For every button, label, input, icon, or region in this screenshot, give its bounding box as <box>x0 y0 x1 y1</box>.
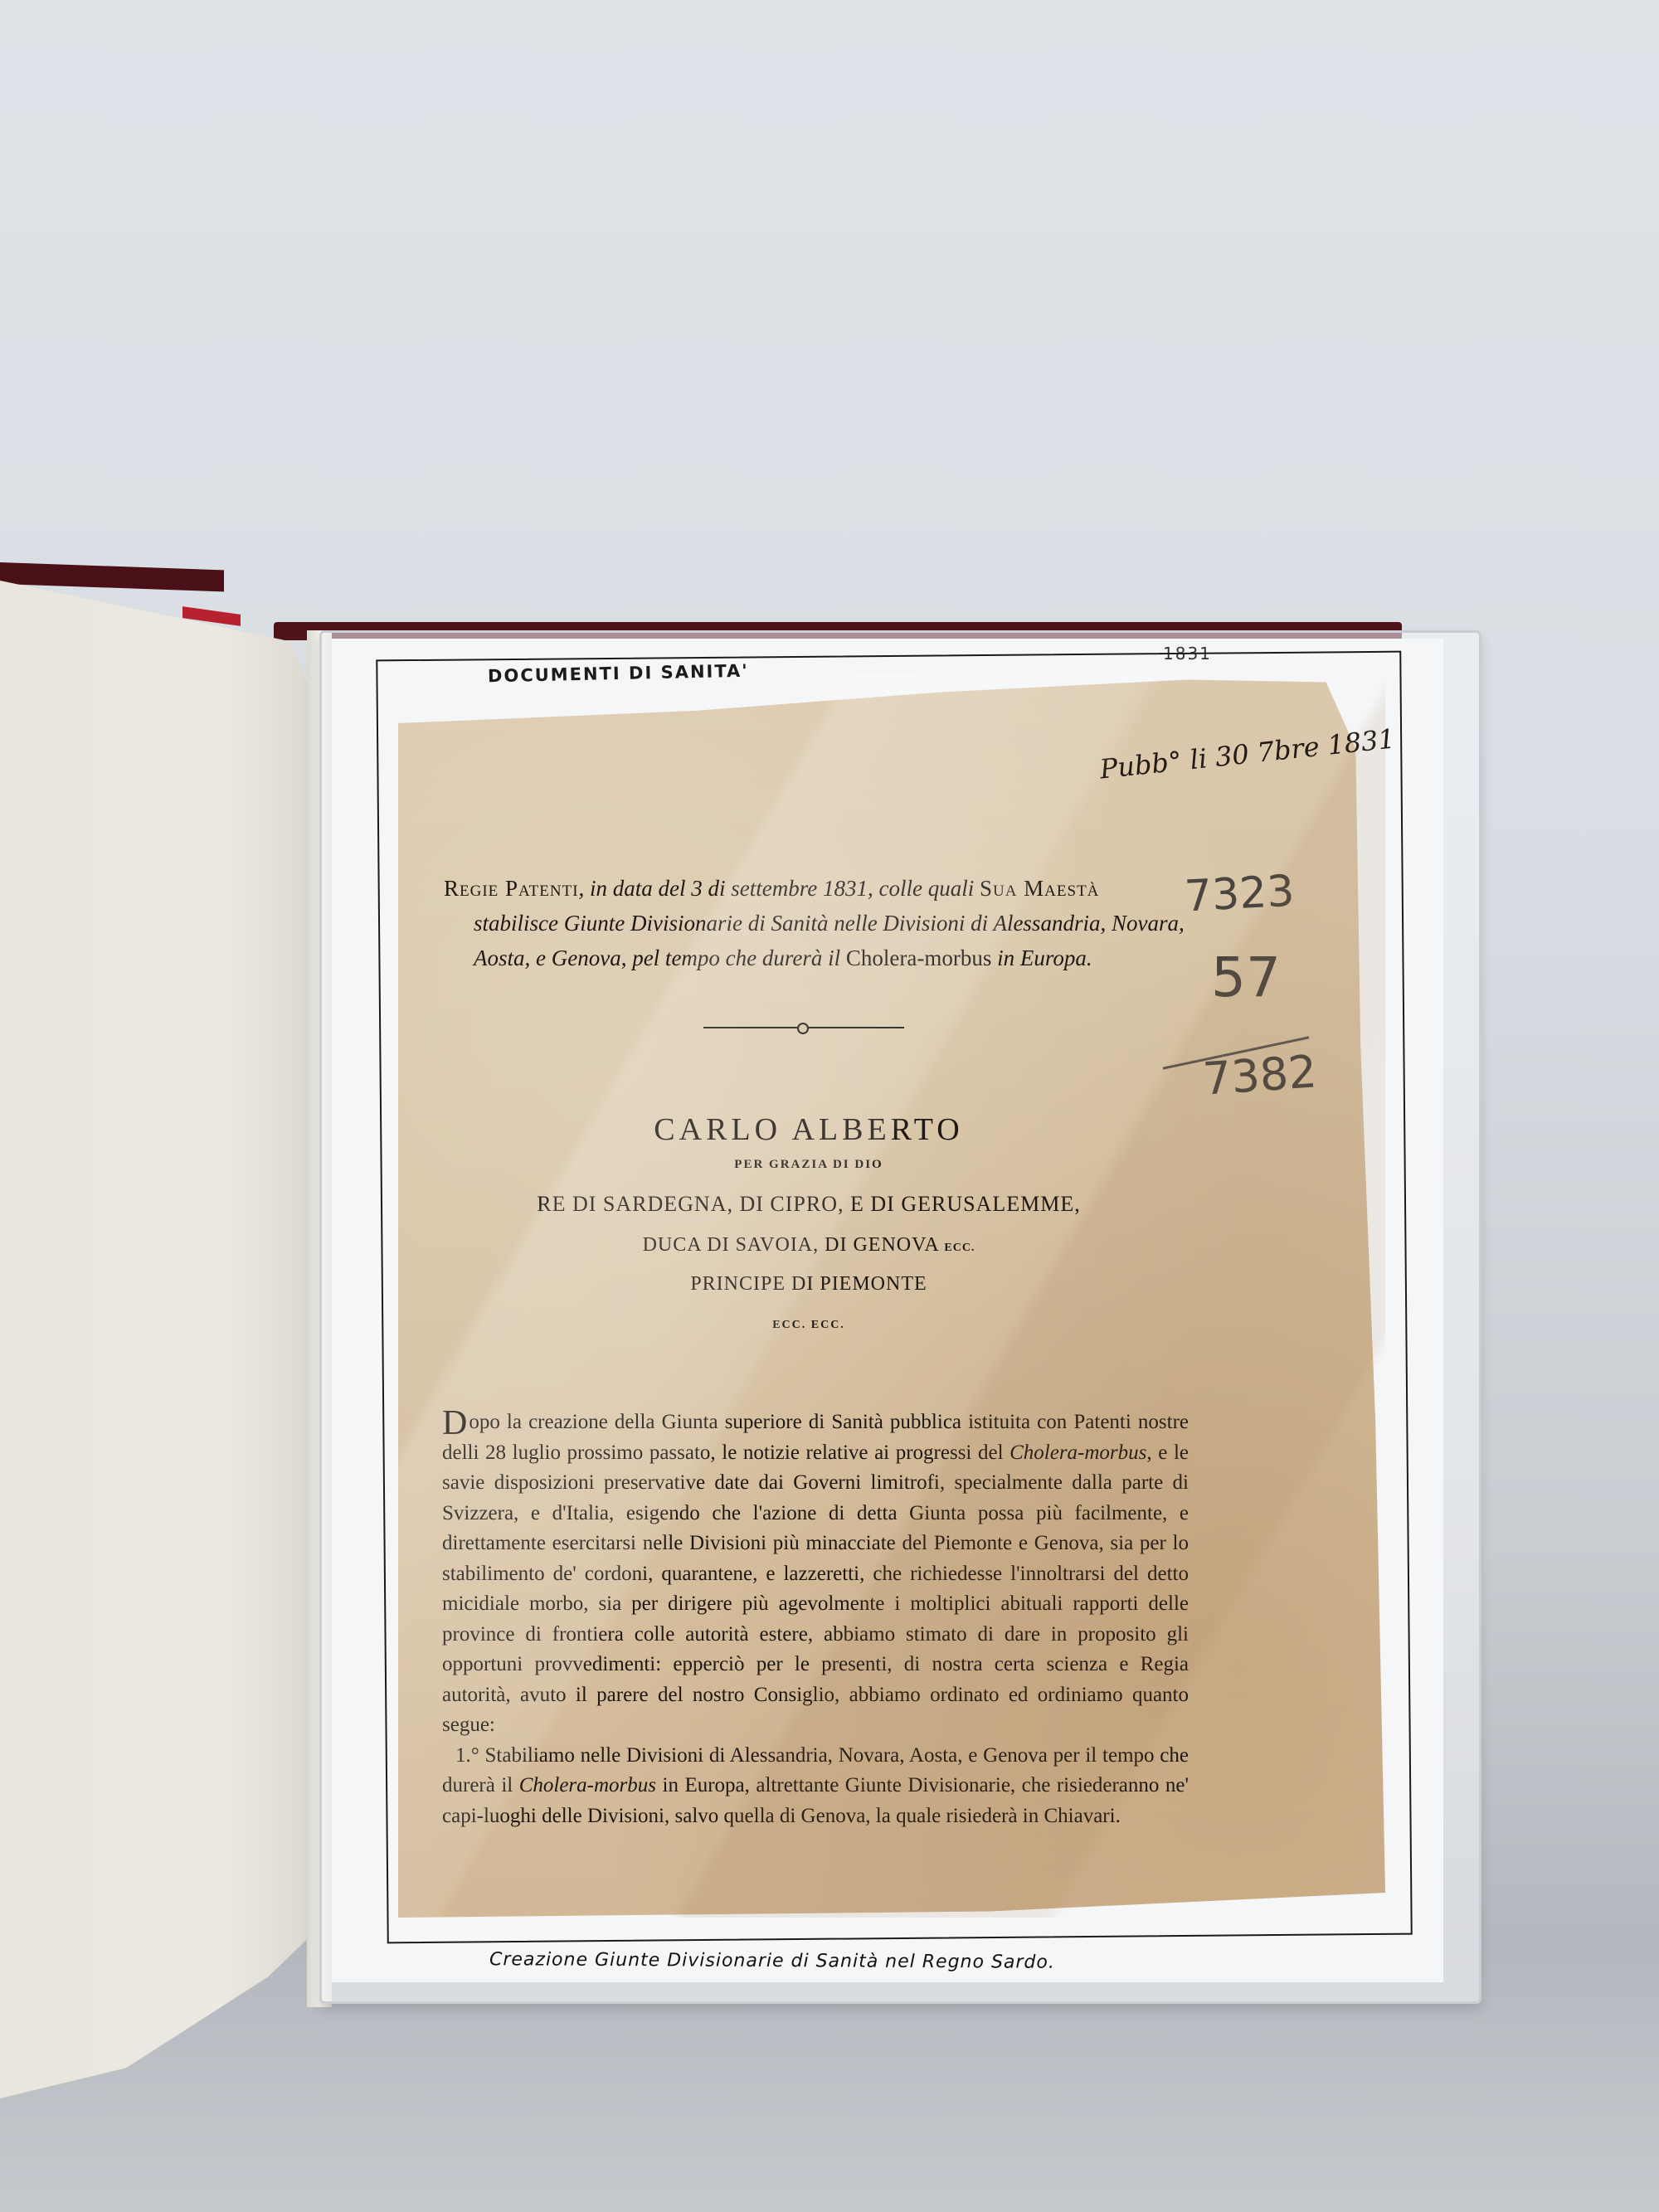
heading-line-3b: in Europa. <box>991 946 1092 970</box>
heading-line-1: Regie Patenti, in data del 3 di settembr… <box>444 876 1099 901</box>
left-page <box>0 581 315 2098</box>
sovereign-title-4: ECC. ECC. <box>315 1319 1302 1332</box>
preamble-part-b: , e le savie disposizioni preservative d… <box>442 1441 1189 1737</box>
pencil-number-1: 7323 <box>1184 867 1296 922</box>
document-heading: Regie Patenti, in data del 3 di settembr… <box>444 871 1190 975</box>
sovereign-title-1: RE DI SARDEGNA, DI CIPRO, E DI GERUSALEM… <box>315 1192 1302 1217</box>
sheet-caption: Creazione Giunte Divisionarie di Sanità … <box>489 1949 1055 1973</box>
article-1-italic: Cholera-morbus <box>519 1774 656 1796</box>
heading-sua-maesta: Sua Maestà <box>980 876 1099 901</box>
drop-cap: D <box>442 1411 467 1436</box>
heading-line-2: stabilisce Giunte Divisionarie di Sanità… <box>444 906 1190 941</box>
ornamental-divider-icon <box>703 1025 904 1030</box>
pencil-number-3: 7382 <box>1201 1045 1318 1105</box>
heading-line-3: Aosta, e Genova, pel tempo che durerà il… <box>444 941 1190 975</box>
sovereign-title-2-ecc: ECC. <box>944 1242 975 1254</box>
heading-cholera: Cholera-morbus <box>846 946 991 970</box>
heading-date-text: , in data del 3 di settembre 1831, colle… <box>579 876 980 901</box>
binder-cover-left <box>0 562 224 591</box>
preamble-italic: Cholera-morbus <box>1010 1441 1146 1464</box>
sovereign-title-3: PRINCIPE DI PIEMONTE <box>315 1273 1302 1296</box>
sovereign-grace: PER GRAZIA DI DIO <box>315 1158 1302 1172</box>
heading-regie-patenti: Regie Patenti <box>444 876 579 901</box>
sovereign-name: CARLO ALBERTO <box>315 1111 1302 1148</box>
preamble-paragraph: Dopo la creazione della Giunta superiore… <box>442 1407 1189 1741</box>
document-body: Dopo la creazione della Giunta superiore… <box>442 1407 1189 1831</box>
sovereign-title-2-text: DUCA DI SAVOIA, DI GENOVA <box>643 1234 939 1256</box>
pencil-number-2: 57 <box>1211 946 1281 1009</box>
article-1: 1.° Stabiliamo nelle Divisioni di Alessa… <box>442 1741 1189 1832</box>
heading-line-3a: Aosta, e Genova, pel tempo che durerà il <box>474 946 846 970</box>
sovereign-title-2: DUCA DI SAVOIA, DI GENOVA ECC. <box>315 1234 1302 1257</box>
